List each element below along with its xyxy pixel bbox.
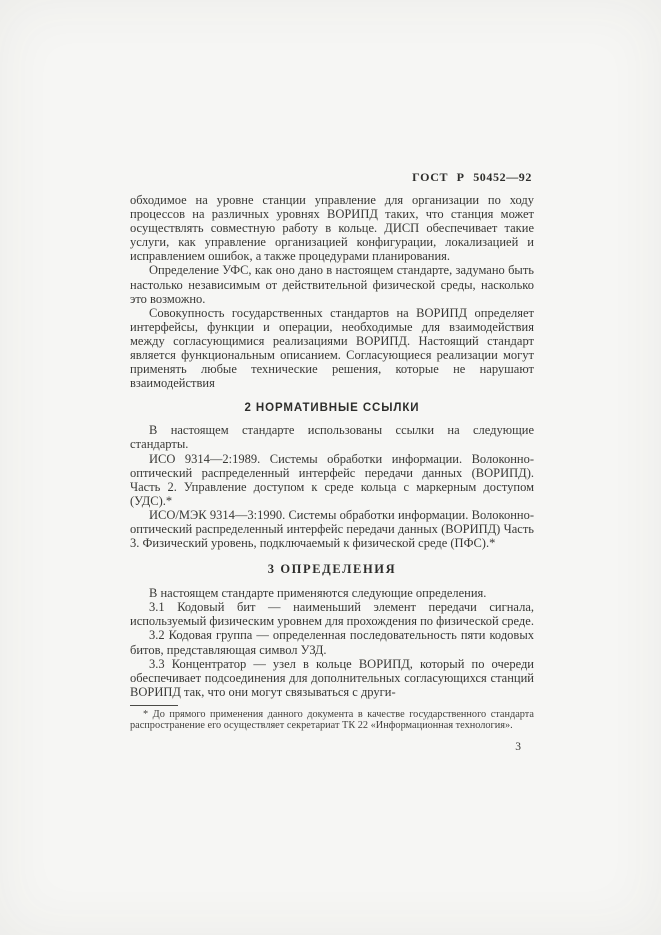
paragraph-section2-3: ИСО/МЭК 9314—3:1990. Системы обработки и… <box>130 508 534 550</box>
paragraph-section2-1: В настоящем стандарте использованы ссылк… <box>130 423 534 451</box>
paragraph-section3-2: 3.1 Кодовый бит — наименьший элемент пер… <box>130 600 534 628</box>
paragraph-intro-continuation: обходимое на уровне станции управление д… <box>130 193 534 263</box>
page-number: 3 <box>130 741 534 753</box>
section-heading-normative-references: 2 НОРМАТИВНЫЕ ССЫЛКИ <box>130 402 534 414</box>
body-text: обходимое на уровне станции управление д… <box>130 193 534 699</box>
paragraph-section3-3: 3.2 Кодовая группа — определенная послед… <box>130 628 534 656</box>
document-code-header: ГОСТ Р 50452—92 <box>130 170 534 185</box>
section-heading-definitions: 3 ОПРЕДЕЛЕНИЯ <box>130 562 534 577</box>
paragraph-section3-1: В настоящем стандарте применяются следую… <box>130 586 534 600</box>
footnote-separator-rule <box>130 705 178 706</box>
text-column: ГОСТ Р 50452—92 обходимое на уровне стан… <box>130 170 534 753</box>
paragraph-section3-4: 3.3 Концентратор — узел в кольце ВОРИПД,… <box>130 657 534 699</box>
footnote-text: * До прямого применения данного документ… <box>130 709 534 732</box>
paragraph-intro-3: Совокупность государственных стандартов … <box>130 306 534 391</box>
paragraph-section2-2: ИСО 9314—2:1989. Системы обработки инфор… <box>130 452 534 508</box>
paragraph-intro-2: Определение УФС, как оно дано в настояще… <box>130 263 534 305</box>
scanned-document-page: ГОСТ Р 50452—92 обходимое на уровне стан… <box>0 0 661 935</box>
